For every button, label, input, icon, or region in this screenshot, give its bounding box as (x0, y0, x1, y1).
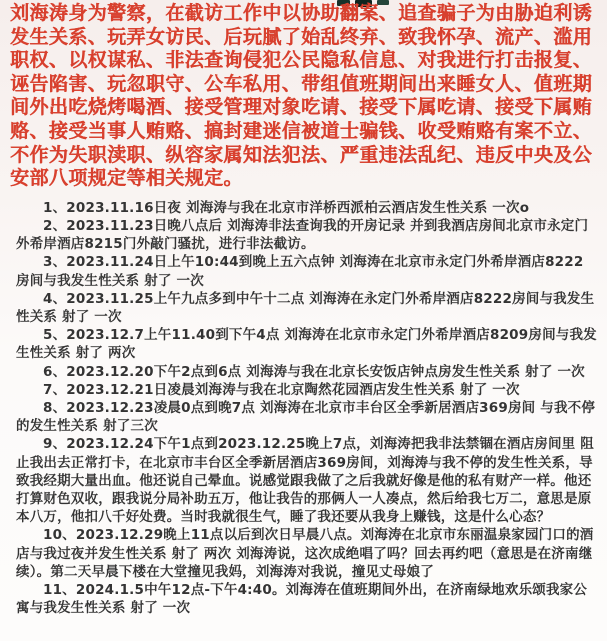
accusation-header-text: 刘海涛身为警察，在截访工作中以协助翻案、追查骗子为由胁迫利诱发生关系、玩弄女访民… (0, 0, 607, 191)
incident-item-7: 7、2023.12.21日凌晨刘海涛与我在北京陶然花园酒店发生性关系 射了 一次 (16, 381, 597, 399)
document-page: 刘海涛身为警察，在截访工作中以协助翻案、追查骗子为由胁迫利诱发生关系、玩弄女访民… (0, 0, 607, 641)
incident-list: 1、2023.11.16日夜 刘海涛与我在北京市洋桥西派柏云酒店发生性关系 一次… (0, 199, 607, 618)
incident-item-10: 10、2023.12.29晚上11点以后到次日早晨八点。刘海涛在北京市东丽温泉家… (16, 526, 597, 581)
incident-item-9: 9、2023.12.24下午1点到2023.12.25晚上7点，刘海涛把我非法禁… (16, 435, 597, 526)
incident-item-11: 11、2024.1.5中午12点-下午4:40。刘海涛在值班期间外出，在济南绿地… (16, 581, 597, 617)
incident-item-8: 8、2023.12.23凌晨0点到晚7点 刘海涛在北京市丰台区全季新居酒店369… (16, 399, 597, 435)
incident-item-1: 1、2023.11.16日夜 刘海涛与我在北京市洋桥西派柏云酒店发生性关系 一次… (16, 199, 597, 217)
incident-item-3: 3、2023.11.24日上午10:44到晚上五六点钟 刘海涛在北京市永定门外希… (16, 253, 597, 289)
incident-item-6: 6、2023.12.20下午2点到6点 刘海涛与我在北京长安饭店钟点房发生性关系… (16, 363, 597, 381)
incident-item-5: 5、2023.12.7上午11.40到下午4点 刘海涛在北京市永定门外希岸酒店8… (16, 326, 597, 362)
incident-item-2: 2、2023.11.23日晚八点后 刘海涛非法查询我的开房记录 并到我酒店房间北… (16, 217, 597, 253)
incident-item-4: 4、2023.11.25上午九点多到中午十二点 刘海涛在永定门外希岸酒店8222… (16, 290, 597, 326)
